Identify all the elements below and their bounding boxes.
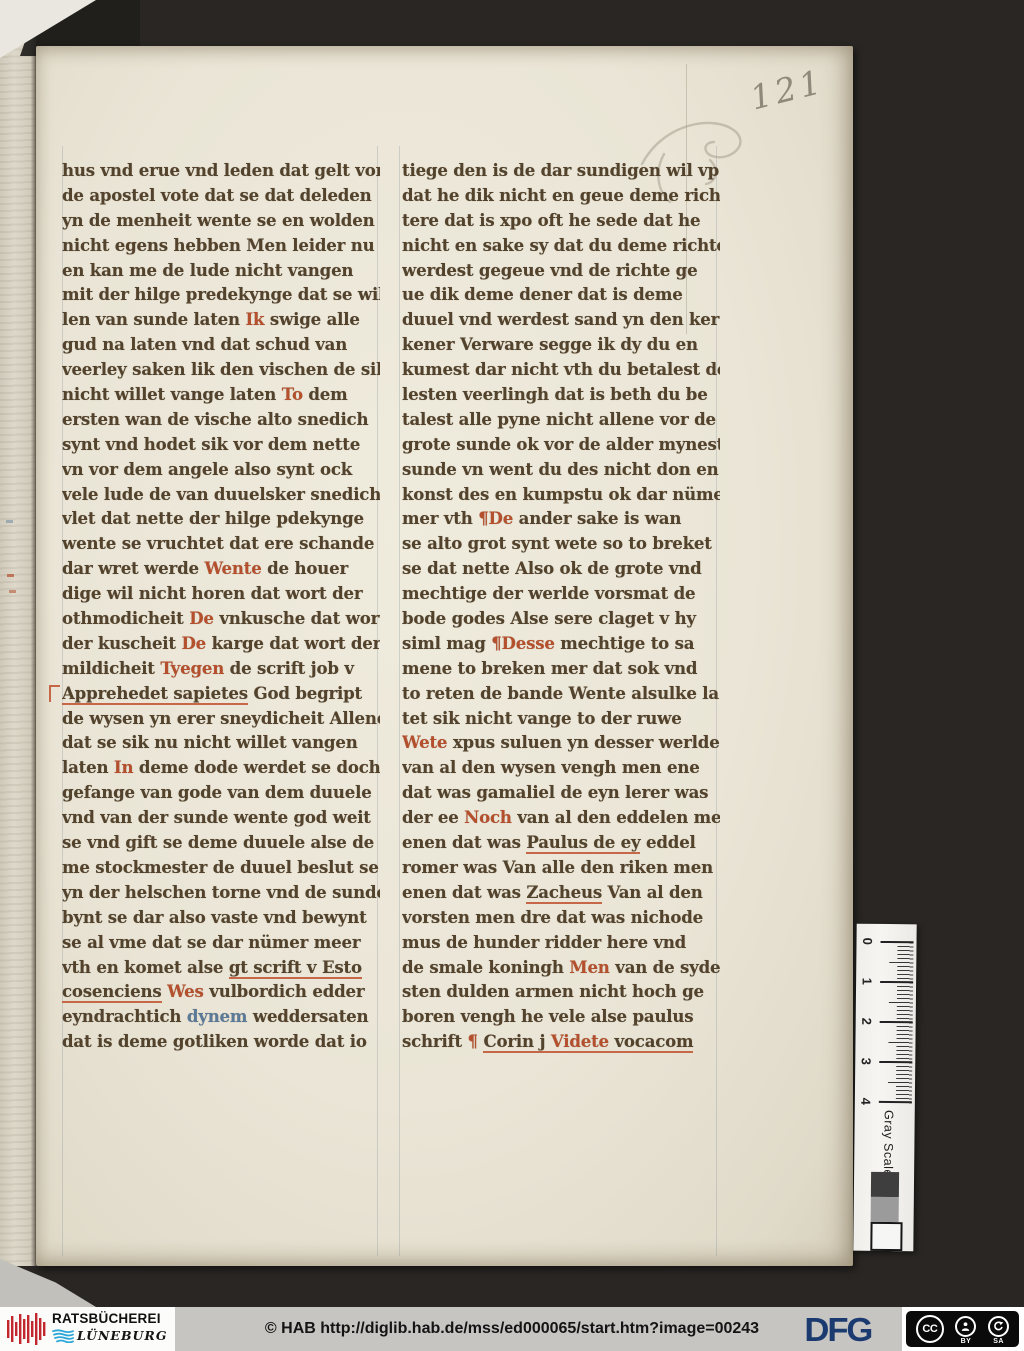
manuscript-line: lesten veerlingh dat is beth du be	[402, 382, 720, 407]
manuscript-line: se vnd gift se deme duuele alse de	[62, 830, 380, 855]
manuscript-line: bynt se dar also vaste vnd bewynt	[62, 905, 380, 930]
manuscript-line: mit der hilge predekynge dat se wil	[62, 282, 380, 307]
manuscript-line: kener Verware segge ik dy du en	[402, 332, 720, 357]
ruler-cm-tick	[879, 1101, 912, 1103]
ruler-cm-tick	[879, 1061, 912, 1063]
manuscript-line: nicht willet vange laten To dem	[62, 382, 380, 407]
book-page-edges	[0, 0, 36, 1266]
manuscript-line: de wysen yn erer sneydicheit Allene	[62, 706, 380, 731]
manuscript-line: de apostel vote dat se dat deleden	[62, 183, 380, 208]
manuscript-line: len van sunde laten Ik swige alle	[62, 307, 380, 332]
library-city: LÜNEBURG	[77, 1328, 168, 1343]
ruling-line	[399, 146, 400, 1256]
manuscript-line: synt vnd hodet sik vor dem nette	[62, 432, 380, 457]
ratsbuecherei-bars-icon	[6, 1311, 48, 1347]
manuscript-line: me stockmester de duuel beslut se	[62, 855, 380, 880]
manuscript-line: dat se sik nu nicht willet vangen	[62, 730, 380, 755]
manuscript-line: dige wil nicht horen dat wort der	[62, 581, 380, 606]
manuscript-line: hus vnd erue vnd leden dat gelt vor	[62, 158, 380, 183]
manuscript-line: kumest dar nicht vth du betalest den	[402, 357, 720, 382]
manuscript-line: laten In deme dode werdet se doch	[62, 755, 380, 780]
manuscript-line: grote sunde ok vor de alder mynesti	[402, 432, 720, 457]
ratsbuecherei-logo: RATSBÜCHEREI LÜNEBURG	[0, 1307, 175, 1351]
manuscript-line: dat he dik nicht en geue deme rich	[402, 183, 720, 208]
manuscript-line: der ee Noch van al den eddelen men	[402, 805, 720, 830]
attribution-footer: © HAB http://diglib.hab.de/mss/ed000065/…	[0, 1307, 1024, 1351]
manuscript-line: nicht egens hebben Men leider nu	[62, 233, 380, 258]
manuscript-line: tet sik nicht vange to der ruwe	[402, 706, 720, 731]
manuscript-line: mus de hunder ridder here vnd	[402, 930, 720, 955]
manuscript-line: vth en komet alse gt scrift v Esto	[62, 955, 380, 980]
manuscript-line: talest alle pyne nicht allene vor de	[402, 407, 720, 432]
cc-sa-icon	[988, 1316, 1009, 1337]
manuscript-line: schrift ¶ Corin j Videte vocacom	[402, 1029, 720, 1054]
manuscript-line: bode godes Alse sere claget v hy	[402, 606, 720, 631]
manuscript-line: mer vth ¶De ander sake is wan	[402, 506, 720, 531]
ruler-cm-tick	[880, 981, 913, 983]
manuscript-line: vnd van der sunde wente god weit	[62, 805, 380, 830]
manuscript-line: vele lude de van duuelsker snedicheit	[62, 482, 380, 507]
cc-by-label: BY	[961, 1338, 972, 1345]
manuscript-line: yn de menheit wente se en wolden	[62, 208, 380, 233]
manuscript-line: tere dat is xpo oft he sede dat he	[402, 208, 720, 233]
cc-by-icon	[955, 1316, 976, 1337]
manuscript-line: duuel vnd werdest sand yn den ker	[402, 307, 720, 332]
manuscript-line: siml mag ¶Desse mechtige to sa	[402, 631, 720, 656]
library-name: RATSBÜCHEREI	[52, 1311, 168, 1327]
ruler-number: 3	[859, 1054, 874, 1068]
ruler-cm-tick	[881, 941, 914, 943]
manuscript-line: enen dat was Paulus de ey eddel	[402, 830, 720, 855]
manuscript-line: sten dulden armen nicht hoch ge	[402, 979, 720, 1004]
text-column-2: tiege den is de dar sundigen wil vpdat h…	[402, 158, 720, 1054]
manuscript-line: gud na laten vnd dat schud van	[62, 332, 380, 357]
cc-icon: CC	[916, 1315, 944, 1343]
ruler-number: 0	[860, 934, 875, 948]
manuscript-line: nicht en sake sy dat du deme richtere	[402, 233, 720, 258]
manuscript-line: vorsten men dre dat was nichode	[402, 905, 720, 930]
manuscript-line: vlet dat nette der hilge pdekynge	[62, 506, 380, 531]
manuscript-line: wente se vruchtet dat ere schande	[62, 531, 380, 556]
manuscript-line: veerley saken lik den vischen de sik	[62, 357, 380, 382]
manuscript-line: enen dat was Zacheus Van al den	[402, 880, 720, 905]
cc-license-badge: CC BY SA	[905, 1310, 1020, 1348]
manuscript-line: se al vme dat se dar nümer meer	[62, 930, 380, 955]
manuscript-line: boren vengh he vele alse paulus	[402, 1004, 720, 1029]
manuscript-page: 121 hus vnd erue vnd leden dat gelt vord…	[36, 46, 853, 1266]
manuscript-line: se dat nette Also ok de grote vnd	[402, 556, 720, 581]
dfg-logo: DFG	[804, 1307, 871, 1351]
gray-scale-ruler: 01234 Gray Scale	[853, 924, 916, 1252]
manuscript-line: werdest gegeue vnd de richte ge	[402, 258, 720, 283]
manuscript-line: en kan me de lude nicht vangen	[62, 258, 380, 283]
manuscript-line: dar wret werde Wente de houer	[62, 556, 380, 581]
manuscript-line: cosenciens Wes vulbordich edder	[62, 979, 380, 1004]
margin-rubric-mark	[49, 685, 60, 702]
manuscript-line: dat is deme gotliken worde dat io	[62, 1029, 380, 1054]
manuscript-line: dat was gamaliel de eyn lerer was	[402, 780, 720, 805]
manuscript-line: mechtige der werlde vorsmat de	[402, 581, 720, 606]
manuscript-line: romer was Van alle den riken men	[402, 855, 720, 880]
manuscript-line: se alto grot synt wete so to breket	[402, 531, 720, 556]
manuscript-line: Wete xpus suluen yn desser werlde	[402, 730, 720, 755]
manuscript-line: konst des en kumpstu ok dar nümer	[402, 482, 720, 507]
cc-license-area: CC BY SA	[902, 1307, 1024, 1351]
manuscript-line: der kuscheit De karge dat wort der	[62, 631, 380, 656]
ruler-number: 1	[860, 974, 875, 988]
lueneburg-waves-icon	[52, 1329, 74, 1343]
manuscript-line: van al den wysen vengh men ene	[402, 755, 720, 780]
manuscript-line: mene to breken mer dat sok vnd	[402, 656, 720, 681]
cc-sa-label: SA	[993, 1338, 1004, 1345]
ruler-number: 2	[859, 1014, 874, 1028]
ruler-cm-tick	[880, 1021, 913, 1023]
manuscript-line: tiege den is de dar sundigen wil vp	[402, 158, 720, 183]
manuscript-line: ersten wan de vische alto snedich	[62, 407, 380, 432]
manuscript-line: de smale koningh Men van de syde	[402, 955, 720, 980]
text-column-1: hus vnd erue vnd leden dat gelt vorde ap…	[62, 158, 380, 1054]
manuscript-line: eyndrachtich dynem weddersaten	[62, 1004, 380, 1029]
ruler-number: 4	[858, 1094, 873, 1108]
manuscript-line: othmodicheit De vnkusche dat wort	[62, 606, 380, 631]
gray-scale-swatch-white	[870, 1222, 902, 1251]
manuscript-line: yn der helschen torne vnd de sunde	[62, 880, 380, 905]
ruler-label: Gray Scale	[881, 1110, 896, 1177]
gray-scale-swatch-mid	[871, 1197, 899, 1222]
manuscript-line: vn vor dem angele also synt ock	[62, 457, 380, 482]
manuscript-line: mildicheit Tyegen de scrift job v	[62, 656, 380, 681]
manuscript-line: to reten de bande Wente alsulke la	[402, 681, 720, 706]
gray-scale-swatch-dark	[871, 1172, 899, 1197]
manuscript-line: ue dik deme dener dat is deme	[402, 282, 720, 307]
manuscript-line: gefange van gode van dem duuele	[62, 780, 380, 805]
manuscript-line: Apprehedet sapietes God begript	[62, 681, 380, 706]
manuscript-line: sunde vn went du des nicht don en	[402, 457, 720, 482]
